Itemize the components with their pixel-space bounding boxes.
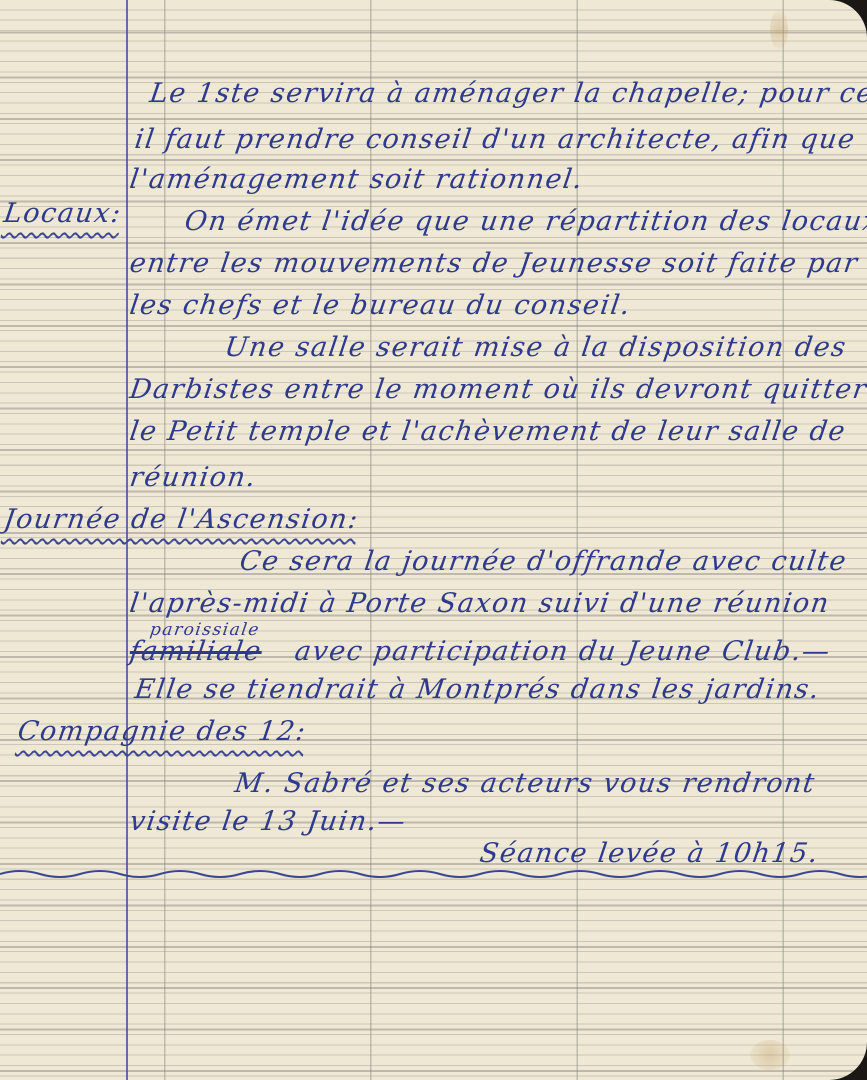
notebook-page: Le 1ste servira à aménager la chapelle; … (0, 0, 867, 1080)
closing-line: Séance levée à 10h15. (478, 838, 821, 869)
text-line: Ce sera la journée d'offrande avec culte (238, 546, 849, 577)
text-line: visite le 13 Juin.— (128, 806, 409, 837)
wavy-end-rule (0, 866, 867, 882)
text-line: les chefs et le bureau du conseil. (128, 290, 633, 321)
struck-word: familiale (128, 636, 264, 667)
text-line: On émet l'idée que une répartition des l… (183, 206, 867, 237)
text-line: l'après-midi à Porte Saxon suivi d'une r… (128, 588, 832, 619)
paper-stain (770, 10, 788, 50)
heading-ascension: Journée de l'Ascension: (2, 504, 361, 535)
text-line: entre les mouvements de Jeunesse soit fa… (128, 248, 861, 279)
text-line: Darbistes entre le moment où ils devront… (128, 374, 867, 405)
text-line: Elle se tiendrait à Montprés dans les ja… (133, 674, 822, 705)
text-line: Le 1ste servira à aménager la chapelle; … (148, 78, 867, 109)
text-line: le Petit temple et l'achèvement de leur … (128, 416, 848, 447)
text-line: Une salle serait mise à la disposition d… (223, 332, 849, 363)
heading-locaux: Locaux: (2, 198, 124, 229)
text-line: avec participation du Jeune Club.— (293, 636, 833, 667)
paper-stain (750, 1040, 790, 1070)
margin-line (126, 0, 128, 1080)
heading-compagnie: Compagnie des 12: (16, 716, 309, 747)
horizontal-grid (0, 0, 867, 1080)
text-line: réunion. (128, 462, 259, 493)
text-line: l'aménagement soit rationnel. (128, 164, 586, 195)
text-line: M. Sabré et ses acteurs vous rendront (233, 768, 818, 799)
text-line: il faut prendre conseil d'un architecte,… (133, 124, 858, 155)
